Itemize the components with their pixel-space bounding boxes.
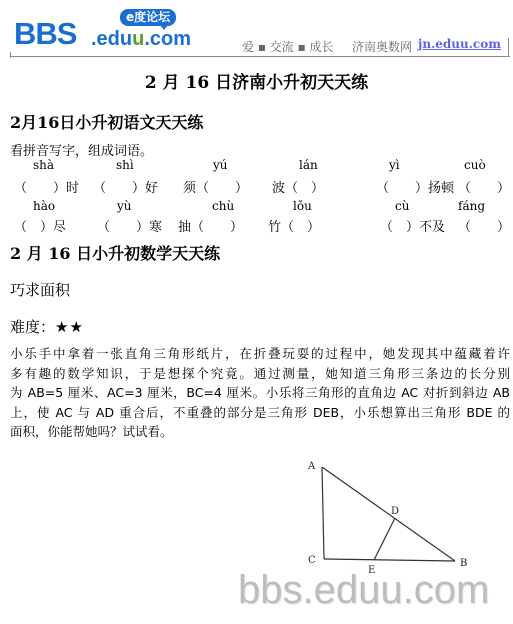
pinyin: chù (212, 199, 234, 213)
problem-text: 小乐手中拿着一张直角三角形纸片，在折叠玩耍的过程中，她发现其中蕴藏着许 多有趣的… (10, 344, 510, 442)
site-link[interactable]: jn.eduu.com (418, 37, 501, 51)
header-divider (10, 56, 510, 57)
math-section-heading: 2 月 16 日小升初数学天天练 (10, 241, 220, 264)
logo-domain-prefix: .edu (91, 28, 132, 50)
problem-line: 上，使 AC 与 AD 重合后，不重叠的部分是三角形 DEB，小乐想算出三角形 … (10, 403, 510, 423)
logo-domain-u: u (132, 28, 144, 50)
logo-speech-bubble: e度论坛 (120, 9, 176, 26)
fill-blank-word: 波（ ） (272, 177, 324, 196)
pinyin: yú (213, 158, 228, 172)
fill-blank-word: （ ） (458, 177, 510, 196)
chinese-instruction: 看拼音写字，组成词语。 (10, 140, 153, 159)
difficulty-row: 难度：★★ (10, 316, 84, 337)
fill-blank-word: （ ）扬顿 (376, 177, 454, 196)
pinyin: hào (33, 199, 55, 213)
site-header: BBS .eduu.com e度论坛 爱 ▪ 交流 ▪ 成长 济南奥数网 jn.… (0, 0, 513, 52)
fill-blank-word: （ ） (458, 216, 510, 235)
chinese-section-heading: 2月16日小升初语文天天练 (10, 110, 203, 133)
fill-blank-word: 竹（ ） (268, 216, 320, 235)
pinyin: yì (389, 158, 400, 172)
fill-blank-word: （ ）好 (93, 177, 158, 196)
triangle-diagram-icon: A C B D E (300, 452, 480, 582)
header-divider-tick-left (10, 52, 11, 58)
pinyin: shì (116, 158, 134, 172)
fill-blank-word: （ ）尽 (14, 216, 66, 235)
fill-blank-word: 须（ ） (183, 177, 248, 196)
difficulty-stars-icon: ★★ (55, 318, 84, 336)
problem-line: 为 AB=5 厘米、AC=3 厘米，BC=4 厘米。小乐将三角形的直角边 AC … (10, 383, 510, 403)
problem-line: 面积，你能帮她吗？试试看。 (10, 422, 510, 442)
pinyin: yù (117, 199, 132, 213)
vertex-label-a: A (307, 461, 316, 472)
header-divider-tick-right (508, 38, 509, 56)
logo-bbs-text: BBS (14, 18, 76, 50)
watermark: bbs.eduu.com (238, 568, 489, 613)
problem-line: 小乐手中拿着一张直角三角形纸片，在折叠玩耍的过程中，她发现其中蕴藏着许 (10, 344, 510, 364)
pinyin: shà (33, 158, 54, 172)
pinyin: lán (299, 158, 318, 172)
fill-blank-word: （ ）寒 (97, 216, 162, 235)
fill-blank-word: （ ）时 (14, 177, 79, 196)
vertex-label-d: D (391, 506, 399, 517)
slogan: 爱 ▪ 交流 ▪ 成长 (242, 38, 334, 55)
fill-blank-word: （ ）不及 (380, 216, 445, 235)
pinyin: fáng (458, 199, 485, 213)
site-name: 济南奥数网 (352, 38, 412, 55)
logo-domain-suffix: .com (144, 28, 191, 50)
fill-blank-word: 抽（ ） (178, 216, 243, 235)
vertex-label-c: C (308, 555, 316, 566)
triangle-figure: A C B D E (300, 452, 480, 582)
problem-line: 多有趣的数学知识，于是想探个究竟。通过测量，她知道三角形三条边的长分别 (10, 364, 510, 384)
pinyin: cù (395, 199, 409, 213)
pinyin: lǒu (293, 199, 312, 213)
logo-domain-text: .eduu.com (91, 28, 191, 50)
math-topic: 巧求面积 (10, 279, 70, 300)
pinyin: cuò (464, 158, 486, 172)
page-title: 2 月 16 日济南小升初天天练 (0, 68, 513, 93)
difficulty-label: 难度： (10, 318, 55, 336)
